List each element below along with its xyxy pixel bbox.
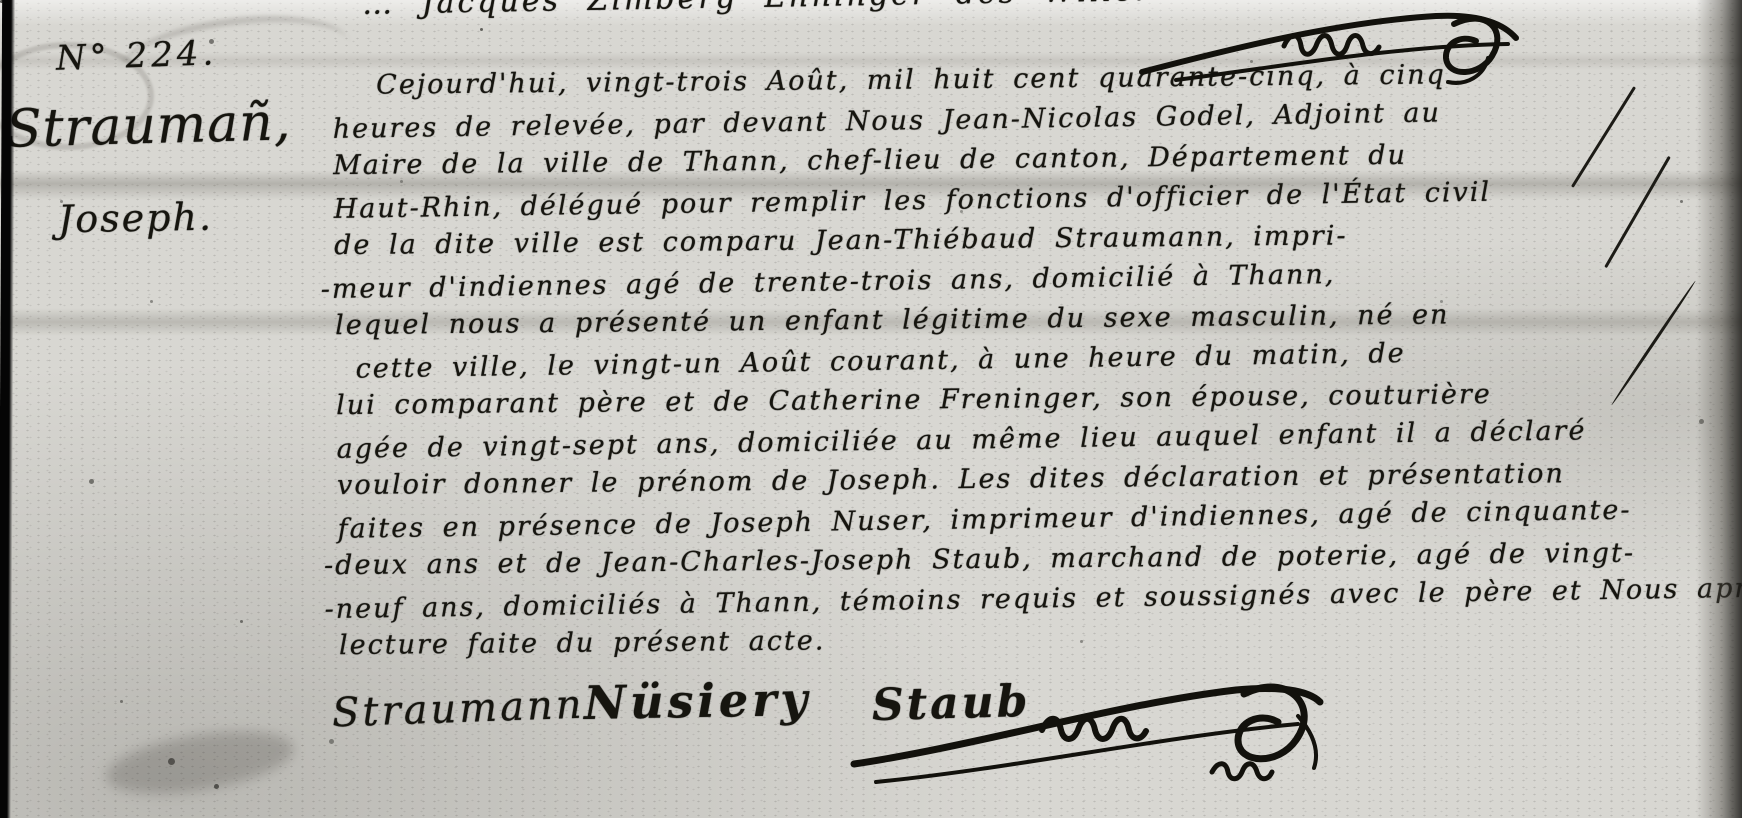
act-number: N° 224. [55, 33, 218, 79]
signature-straumann: Straumann [331, 682, 585, 737]
previous-act-fragment: … Jacques Zimberg Ehninger des Willer [362, 0, 1153, 22]
page-gutter-edge [1696, 0, 1742, 818]
page-left-edge [0, 0, 15, 818]
margin-surname: Straumañ, [5, 92, 292, 159]
margin-given-name: Joseph. [58, 195, 214, 242]
signature-godel-flourish-bottom [846, 660, 1356, 810]
act-text-lines: Cejourd'hui, vingt-trois Août, mil huit … [332, 50, 1742, 668]
birth-record-scan: N° 224. Straumañ, Joseph. … Jacques Zimb… [0, 0, 1742, 818]
signature-nusiery: Nüsiery [584, 672, 812, 730]
ink-smudge [102, 720, 298, 804]
signature-godel-flourish-top [1136, 2, 1536, 90]
